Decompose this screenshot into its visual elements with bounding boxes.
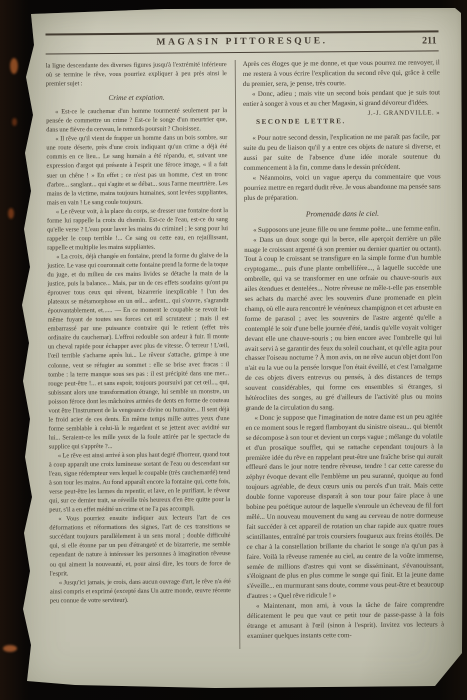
paragraph-continuation: Après ces éloges que je me donne, et que…: [243, 58, 440, 89]
paragraph: « La croix, déjà changée en fontaine, pr…: [47, 251, 230, 451]
page-number: 211: [422, 35, 437, 46]
masthead: MAGASIN PITTORESQUE. 211: [46, 30, 439, 54]
torn-edge-mark: [3, 645, 17, 652]
paragraph: « Le rêve est ainsi arrivé à son plus ha…: [49, 450, 230, 515]
journal-title: MAGASIN PITTORESQUE.: [46, 35, 439, 48]
paragraph: « Donc je suppose que l'imagination de n…: [245, 412, 443, 602]
torn-edge-mark: [10, 58, 18, 74]
paragraph: « Néanmoins, voici un vague aperçu du co…: [244, 172, 441, 203]
section-heading-promenade-dans-le-ciel: Promenade dans le ciel.: [244, 208, 441, 219]
left-column: la ligne descendante des diverses figure…: [46, 60, 232, 651]
paragraph: « Est-ce le cauchemar d'un homme tourmen…: [46, 106, 227, 135]
paragraph: « Il rêve qu'il vient de frapper un homm…: [46, 133, 228, 207]
masthead-row: MAGASIN PITTORESQUE. 211: [46, 33, 439, 52]
right-column: Après ces éloges que je me donne, et que…: [243, 58, 445, 650]
adieu-text: « Donc, adieu ; mais vite un second bois…: [243, 89, 440, 107]
paragraph: « Maintenant, mon ami, à vous la tâche d…: [247, 601, 444, 642]
scanned-page: MAGASIN PITTORESQUE. 211 la ligne descen…: [15, 5, 465, 697]
paragraph: « Vous pourriez ensuite indiquer aux lec…: [49, 513, 230, 578]
column-divider-rule: [235, 60, 241, 649]
scan-background: { "colors": { "paper": "#c9c7b6", "ink":…: [0, 0, 467, 700]
paragraph: « Pour notre second dessin, l'explicatio…: [243, 133, 440, 174]
paragraph-continuation: la ligne descendante des diverses figure…: [46, 60, 227, 89]
signature-grandville: J.-J. GRANDVILLE. »: [359, 108, 440, 119]
page-content: MAGASIN PITTORESQUE. 211 la ligne descen…: [12, 3, 467, 699]
torn-edge-mark: [8, 208, 14, 219]
paragraph: « Jusqu'ici jamais, je crois, dans aucun…: [50, 577, 231, 606]
paragraph: « Le rêveur voit, à la place du corps, s…: [47, 206, 228, 253]
torn-edge-mark: [12, 118, 17, 126]
paragraph-adieu: « Donc, adieu ; mais vite un second bois…: [243, 88, 440, 109]
text-columns: la ligne descendante des diverses figure…: [46, 58, 445, 651]
section-heading-crime-et-expiation: Crime et expiation.: [46, 92, 227, 102]
paragraph: « Dans un doux songe qui la berce, elle …: [244, 234, 442, 414]
